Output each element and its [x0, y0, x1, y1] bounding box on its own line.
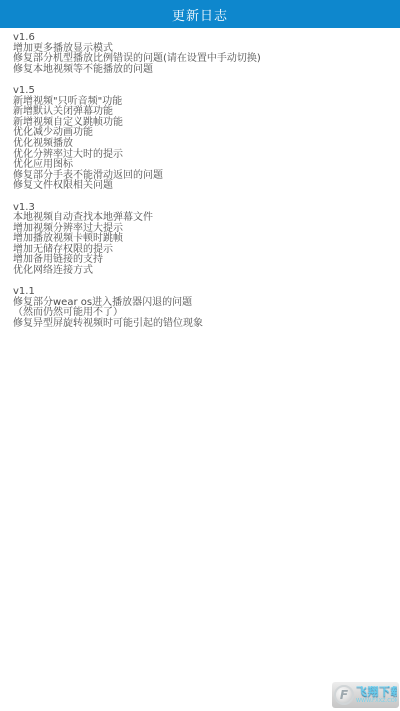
version-label: v1.6 [13, 33, 390, 44]
site-watermark: F 飞翔下载 WWW.FXXZ.COM [332, 682, 399, 708]
changelog-scroll-area[interactable]: v1.6 增加更多播放显示模式 修复部分机型播放比例错误的问题(请在设置中手动切… [0, 28, 400, 688]
watermark-site-url: WWW.FXXZ.COM [356, 698, 391, 704]
watermark-logo-icon: F [334, 685, 354, 705]
changelog-line: 优化视频播放 [13, 139, 390, 150]
changelog-line: 修复文件权限相关问题 [13, 181, 390, 192]
watermark-site-name: 飞翔下载 [356, 686, 397, 697]
changelog-line: 优化网络连接方式 [13, 266, 390, 277]
version-label: v1.5 [13, 86, 390, 97]
changelog-section-v1-1: v1.1 修复部分wear os进入播放器闪退的问题 （然而仍然可能用不了） 修… [13, 287, 390, 329]
watermark-text: 飞翔下载 WWW.FXXZ.COM [356, 686, 397, 704]
app-title-bar: 更新日志 [0, 0, 400, 28]
page-title: 更新日志 [172, 5, 228, 24]
changelog-section-v1-6: v1.6 增加更多播放显示模式 修复部分机型播放比例错误的问题(请在设置中手动切… [13, 33, 390, 75]
changelog-section-v1-5: v1.5 新增视频"只听音频"功能 新增默认关闭弹幕功能 新增视频自定义跳帧功能… [13, 86, 390, 192]
changelog-line: 修复异型屏旋转视频时可能引起的错位现象 [13, 319, 390, 330]
changelog-section-v1-3: v1.3 本地视频自动查找本地弹幕文件 增加视频分辨率过大提示 增加播放视频卡顿… [13, 203, 390, 277]
changelog-line: 修复本地视频等不能播放的问题 [13, 65, 390, 76]
